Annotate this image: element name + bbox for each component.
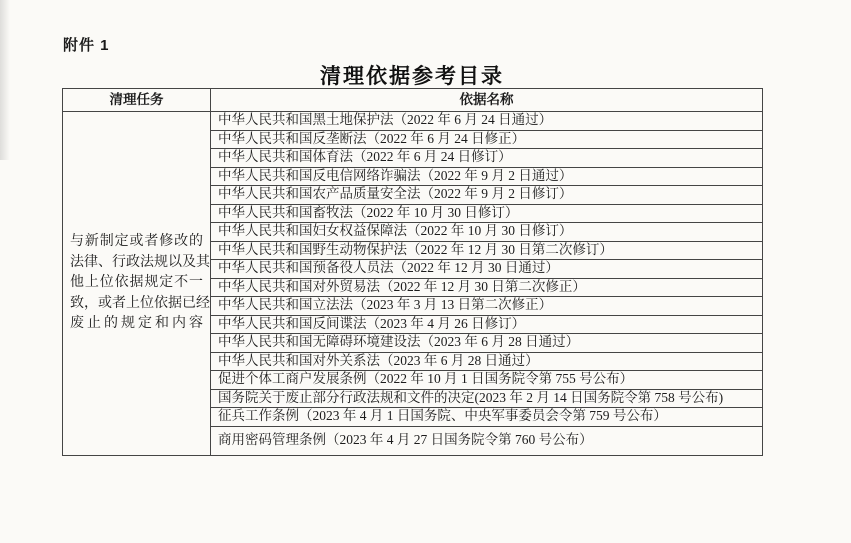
basis-cell: 中华人民共和国反垄断法（2022 年 6 月 24 日修正） [211, 130, 763, 149]
basis-cell: 商用密码管理条例（2023 年 4 月 27 日国务院令第 760 号公布） [211, 426, 763, 455]
table-row: 与新制定或者修改的 法律、行政法规以及其 他上位依据规定不一 致，或者上位依据已… [63, 112, 763, 131]
col-header-basis: 依据名称 [211, 89, 763, 112]
basis-cell: 中华人民共和国对外关系法（2023 年 6 月 28 日通过） [211, 352, 763, 371]
basis-cell: 中华人民共和国野生动物保护法（2022 年 12 月 30 日第二次修订） [211, 241, 763, 260]
basis-cell: 中华人民共和国反间谍法（2023 年 4 月 26 日修订） [211, 315, 763, 334]
basis-cell: 中华人民共和国妇女权益保障法（2022 年 10 月 30 日修订） [211, 223, 763, 242]
basis-cell: 中华人民共和国立法法（2023 年 3 月 13 日第二次修正） [211, 297, 763, 316]
task-line: 他上位依据规定不一 [70, 273, 203, 294]
scan-edge-shadow [0, 0, 10, 160]
basis-cell: 中华人民共和国黑土地保护法（2022 年 6 月 24 日通过） [211, 112, 763, 131]
col-header-task: 清理任务 [63, 89, 211, 112]
basis-cell: 中华人民共和国对外贸易法（2022 年 12 月 30 日第二次修正） [211, 278, 763, 297]
basis-cell: 国务院关于废止部分行政法规和文件的决定(2023 年 2 月 14 日国务院令第… [211, 389, 763, 408]
task-line: 致，或者上位依据已经 [70, 294, 203, 315]
task-cell: 与新制定或者修改的 法律、行政法规以及其 他上位依据规定不一 致，或者上位依据已… [63, 112, 211, 456]
basis-cell: 中华人民共和国预备役人员法（2022 年 12 月 30 日通过） [211, 260, 763, 279]
task-line: 法律、行政法规以及其 [70, 253, 203, 274]
task-line: 废止的规定和内容 [70, 314, 203, 335]
attachment-label: 附件 1 [63, 34, 110, 55]
basis-cell: 中华人民共和国无障碍环境建设法（2023 年 6 月 28 日通过） [211, 334, 763, 353]
catalog-table: 清理任务 依据名称 与新制定或者修改的 法律、行政法规以及其 他上位依据规定不一… [62, 88, 763, 456]
basis-cell: 促进个体工商户发展条例（2022 年 10 月 1 日国务院令第 755 号公布… [211, 371, 763, 390]
document-page: 附件 1 清理依据参考目录 清理任务 依据名称 与新制定或者修改的 法律、行政法… [0, 0, 851, 543]
basis-cell: 征兵工作条例（2023 年 4 月 1 日国务院、中央军事委员会令第 759 号… [211, 408, 763, 427]
basis-cell: 中华人民共和国体育法（2022 年 6 月 24 日修订） [211, 149, 763, 168]
basis-cell: 中华人民共和国农产品质量安全法（2022 年 9 月 2 日修订） [211, 186, 763, 205]
basis-cell: 中华人民共和国畜牧法（2022 年 10 月 30 日修订） [211, 204, 763, 223]
basis-cell: 中华人民共和国反电信网络诈骗法（2022 年 9 月 2 日通过） [211, 167, 763, 186]
task-line: 与新制定或者修改的 [70, 232, 203, 253]
page-title: 清理依据参考目录 [62, 60, 762, 90]
table-header-row: 清理任务 依据名称 [63, 89, 763, 112]
